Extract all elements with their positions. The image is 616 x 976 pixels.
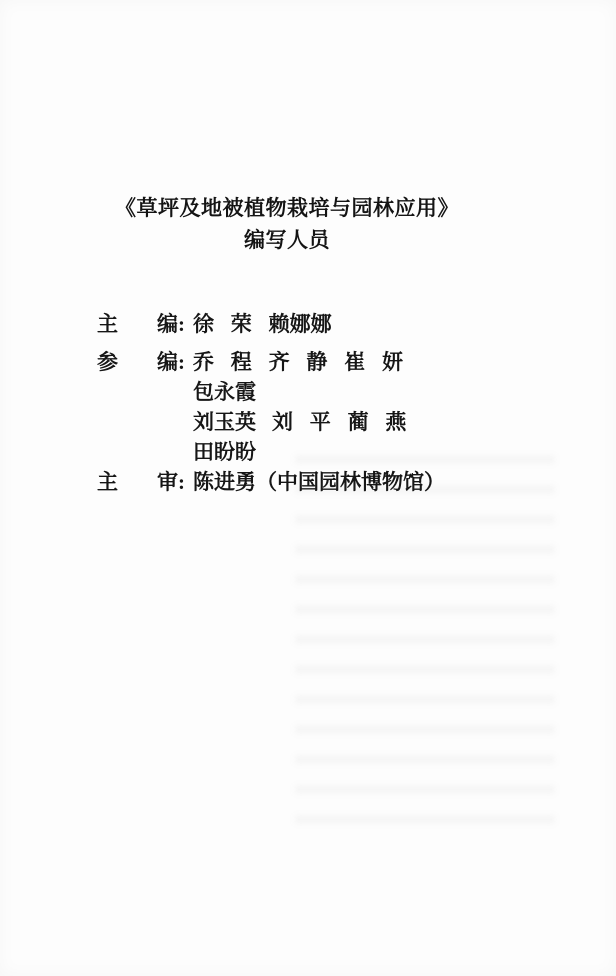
person-name: 刘玉英 xyxy=(193,407,256,437)
page-showthrough-texture xyxy=(295,455,555,825)
front-matter-content: 《草坪及地被植物栽培与园林应用》 编写人员 主编:徐荣赖娜娜参编:乔程齐静崔妍包… xyxy=(97,192,477,497)
editorial-staff-list: 主编:徐荣赖娜娜参编:乔程齐静崔妍包永霞刘玉英刘平蔺燕田盼盼主审:陈进勇（中国园… xyxy=(97,309,477,497)
role-names: 陈进勇（中国园林博物馆） xyxy=(193,467,445,497)
person-name: 乔程 xyxy=(193,347,269,377)
page-subtitle: 编写人员 xyxy=(97,224,477,256)
person-name: 徐荣 xyxy=(193,309,269,339)
page-title: 《草坪及地被植物栽培与园林应用》 编写人员 xyxy=(97,192,477,256)
role-label-part: 审: xyxy=(157,467,185,497)
role-label: 主审: xyxy=(97,467,185,497)
names-line: 徐荣赖娜娜 xyxy=(193,309,332,339)
role-names: 徐荣赖娜娜 xyxy=(193,309,332,339)
person-name: 蔺燕 xyxy=(348,407,424,437)
person-name: 田盼盼 xyxy=(193,437,256,467)
role-label-part: 主 xyxy=(97,309,118,339)
role-label-part: 编: xyxy=(157,347,185,467)
role-label: 参编: xyxy=(97,347,185,467)
book-title: 《草坪及地被植物栽培与园林应用》 xyxy=(97,192,477,224)
role-label: 主编: xyxy=(97,309,185,339)
role-row: 主审:陈进勇（中国园林博物馆） xyxy=(97,467,477,497)
person-name: 刘平 xyxy=(272,407,348,437)
scanned-book-page: 《草坪及地被植物栽培与园林应用》 编写人员 主编:徐荣赖娜娜参编:乔程齐静崔妍包… xyxy=(0,0,616,976)
names-line: 乔程齐静崔妍包永霞 xyxy=(193,347,477,407)
role-label-part: 编: xyxy=(157,309,185,339)
person-name: 陈进勇（中国园林博物馆） xyxy=(193,467,445,497)
names-line: 陈进勇（中国园林博物馆） xyxy=(193,467,445,497)
person-name: 赖娜娜 xyxy=(269,309,332,339)
role-label-part: 参 xyxy=(97,347,118,467)
person-name: 齐静 xyxy=(269,347,345,377)
role-label-part: 主 xyxy=(97,467,118,497)
role-names: 乔程齐静崔妍包永霞刘玉英刘平蔺燕田盼盼 xyxy=(193,347,477,467)
names-line: 刘玉英刘平蔺燕田盼盼 xyxy=(193,407,477,467)
person-name: 崔妍 xyxy=(344,347,420,377)
role-row: 主编:徐荣赖娜娜 xyxy=(97,309,477,339)
person-name: 包永霞 xyxy=(193,377,256,407)
role-row: 参编:乔程齐静崔妍包永霞刘玉英刘平蔺燕田盼盼 xyxy=(97,347,477,467)
